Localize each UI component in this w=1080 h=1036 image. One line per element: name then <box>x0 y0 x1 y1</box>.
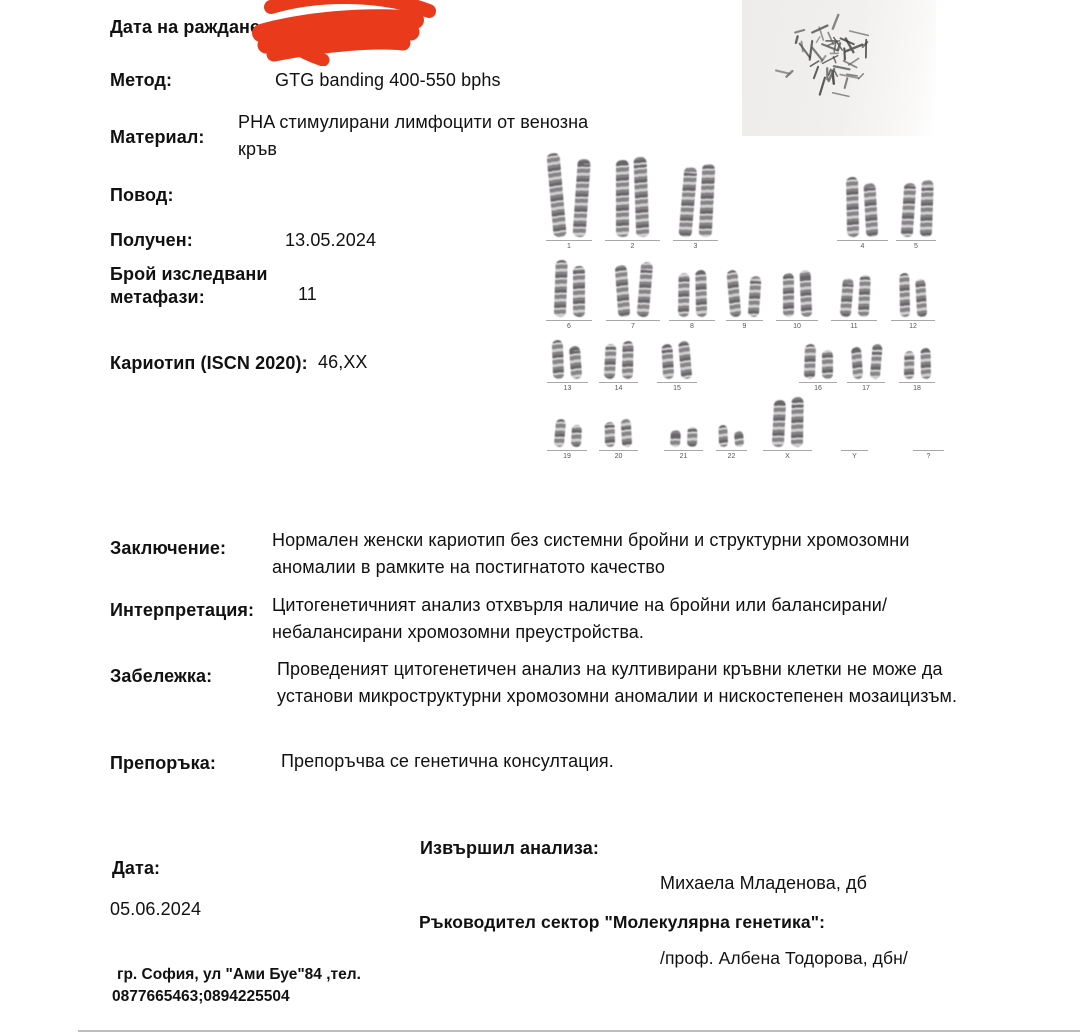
material-label: Материал: <box>110 126 204 149</box>
chromosome-pair-20 <box>599 419 638 447</box>
head-of-sector-name: /проф. Албена Тодорова, дбн/ <box>660 945 908 972</box>
chromosome-pair-6 <box>546 260 592 317</box>
chromosome-pair-X <box>763 397 812 447</box>
chromosome-group-label-Y: Y <box>841 453 868 461</box>
chromosome-pair-21 <box>664 424 703 447</box>
karyotype-report-page: 12345678910111213141516171819202122XY? Д… <box>0 0 1080 1036</box>
chromosome-group-label-2: 2 <box>605 243 660 251</box>
chromosome-group-label-16: 16 <box>799 385 837 393</box>
chromosome-pair-9 <box>726 270 763 317</box>
footer-address-line1: гр. София, ул "Ами Буе"84 ,тел. <box>117 964 361 985</box>
chromosome-pair-7 <box>606 262 660 317</box>
chromosome-group-label-1: 1 <box>546 243 592 251</box>
analyst-label: Извършил анализа: <box>420 837 599 860</box>
chromosome-group-label-4: 4 <box>837 243 888 251</box>
metaphase-count-value: 11 <box>298 281 317 308</box>
chromosome-group-label-9: 9 <box>726 323 763 331</box>
chromosome-group-label-7: 7 <box>606 323 660 331</box>
chromosome-pair-19 <box>547 419 587 447</box>
report-date-label: Дата: <box>112 857 160 880</box>
chromosome-pair-3 <box>673 161 718 237</box>
chromosome-group-label-8: 8 <box>669 323 715 331</box>
interpretation-label: Интерпретация: <box>110 599 254 622</box>
chromosome-pair-1 <box>546 153 592 237</box>
chromosome-pair-12 <box>891 273 935 317</box>
material-value: PHA стимулирани лимфоцити от венозна кръ… <box>238 109 608 163</box>
bottom-divider <box>78 1030 1080 1032</box>
chromosome-group-label-18: 18 <box>899 385 935 393</box>
metaphase-chromosomes-graphic <box>742 0 936 136</box>
chromosome-group-label-20: 20 <box>599 453 638 461</box>
conclusion-value: Нормален женски кариотип без системни бр… <box>272 527 977 581</box>
report-date-value: 05.06.2024 <box>110 896 201 923</box>
chromosome-group-label-10: 10 <box>776 323 818 331</box>
chromosome-pair-22 <box>716 425 747 447</box>
chromosome-pair-5 <box>896 180 936 237</box>
chromosome-group-label-5: 5 <box>896 243 936 251</box>
chromosome-group-label-X: X <box>763 453 812 461</box>
chromosome-pair-13 <box>547 340 588 379</box>
head-of-sector-label: Ръководител сектор "Молекулярна генетика… <box>419 911 825 934</box>
metaphase-count-label: Брой изследвани метафази: <box>110 263 285 309</box>
recommendation-value: Препоръчва се генетична консултация. <box>281 748 986 775</box>
chromosome-group-label-22: 22 <box>716 453 747 461</box>
reason-label: Повод: <box>110 184 174 207</box>
chromosome-pair-4 <box>837 177 888 237</box>
chromosome-group-label-?: ? <box>913 453 944 461</box>
interpretation-value: Цитогенетичният анализ отхвърля наличие … <box>272 592 977 646</box>
redaction-scribble <box>243 0 439 66</box>
karyotype-result-value: 46,XX <box>318 349 368 376</box>
chromosome-group-label-19: 19 <box>547 453 587 461</box>
chromosome-pair-11 <box>831 272 877 317</box>
chromosome-pair-2 <box>605 157 660 237</box>
chromosome-group-label-14: 14 <box>599 385 638 393</box>
chromosome-group-label-13: 13 <box>547 385 588 393</box>
chromosome-group-label-6: 6 <box>546 323 592 331</box>
note-label: Забележка: <box>110 665 212 688</box>
note-value: Проведеният цитогенетичен анализ на култ… <box>277 656 982 710</box>
chromosome-group-label-17: 17 <box>847 385 885 393</box>
chromosome-pair-8 <box>669 267 715 317</box>
received-value: 13.05.2024 <box>285 227 376 254</box>
karyotype-result-label: Кариотип (ISCN 2020): <box>110 352 308 375</box>
chromosome-pair-14 <box>599 341 638 379</box>
metaphase-spread-image <box>742 0 936 136</box>
received-label: Получен: <box>110 229 193 252</box>
chromosome-pair-10 <box>776 270 818 317</box>
chromosome-pair-15 <box>657 338 697 379</box>
chromosome-group-label-21: 21 <box>664 453 703 461</box>
chromosome-group-label-3: 3 <box>673 243 718 251</box>
chromosome-group-label-12: 12 <box>891 323 935 331</box>
footer-address-line2: 0877665463;0894225504 <box>112 986 290 1007</box>
method-value: GTG banding 400-550 bphs <box>275 67 501 94</box>
chromosome-group-label-15: 15 <box>657 385 697 393</box>
chromosome-pair-18 <box>899 345 935 379</box>
conclusion-label: Заключение: <box>110 537 226 560</box>
chromosome-group-label-11: 11 <box>831 323 877 331</box>
method-label: Метод: <box>110 69 172 92</box>
analyst-name: Михаела Младенова, дб <box>660 870 867 897</box>
chromosome-pair-16 <box>799 344 837 379</box>
recommendation-label: Препоръка: <box>110 752 216 775</box>
chromosome-pair-17 <box>847 344 885 379</box>
